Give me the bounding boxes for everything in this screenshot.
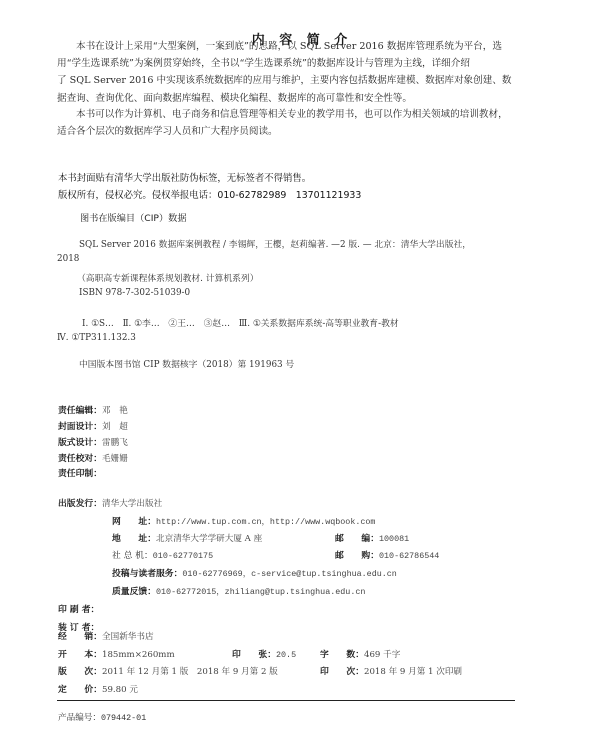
- address-label: 地 址：: [112, 531, 156, 544]
- publisher-row: 出版发行： 清华大学出版社: [58, 496, 162, 509]
- staff-label: 版式设计：: [58, 435, 102, 448]
- staff-row-cover-design: 封面设计： 刘 超: [58, 419, 128, 432]
- edition-row: 版 次： 2011 年 12 月第 1 版 2018 年 9 月第 2 版: [58, 664, 278, 677]
- product-code-label: 产品编号：: [58, 711, 101, 723]
- switchboard-value: 010-62770175: [153, 551, 213, 561]
- mail-order-value: 010-62786544: [379, 551, 439, 561]
- printer-label: 印 刷 者：: [58, 602, 99, 615]
- cip-year-line: 2018: [57, 254, 79, 264]
- staff-value: 雷鹏飞: [102, 436, 128, 448]
- submissions-row: 投稿与读者服务： 010-62776969，c-service@tup.tsin…: [112, 566, 397, 579]
- distributor-row: 经 销： 全国新华书店: [58, 629, 154, 642]
- cip-title-line: SQL Server 2016 数据库案例教程 / 李锡辉，王樱，赵莉编著. —…: [79, 237, 471, 250]
- cip-heading: 图书在版编目（CIP）数据: [80, 210, 187, 224]
- submissions-label: 投稿与读者服务：: [112, 566, 182, 579]
- switchboard-label: 社 总 机：: [112, 548, 153, 561]
- distributor-value: 全国新华书店: [102, 630, 154, 642]
- summary-line: 本书在设计上采用“大型案例，一案到底”的思路，以 SQL Server 2016…: [57, 38, 551, 55]
- sheets-value: 20.5: [276, 650, 296, 660]
- quality-feedback-label: 质量反馈：: [112, 584, 156, 597]
- summary-line: 适合各个层次的数据库学习人员和广大程序员阅读。: [57, 123, 551, 140]
- staff-value: 邓 艳: [102, 404, 128, 416]
- website-label: 网 址：: [112, 514, 156, 527]
- cip-number: 中国版本图书馆 CIP 数据核字（2018）第 191963 号: [79, 357, 294, 370]
- summary-line: 了 SQL Server 2016 中实现该系统数据库的应用与维护，主要内容包括…: [57, 72, 551, 89]
- price-value: 59.80 元: [102, 683, 138, 695]
- anti-counterfeit-notice: 本书封面贴有清华大学出版社防伪标签，无标签者不得销售。: [58, 170, 311, 184]
- summary-line: 本书可以作为计算机、电子商务和信息管理等相关专业的教学用书，也可以作为相关领域的…: [57, 106, 551, 123]
- mail-order-row: 邮 购： 010-62786544: [335, 548, 439, 561]
- words-value: 469 千字: [364, 648, 400, 660]
- impression-label: 印 次：: [320, 664, 364, 677]
- format-value: 185mm×260mm: [102, 650, 175, 660]
- website-row: 网 址： http://www.tup.com.cn，http://www.wq…: [112, 514, 375, 527]
- address-value: 北京清华大学学研大厦 A 座: [156, 532, 262, 544]
- sheets-row: 印 张： 20.5: [232, 647, 296, 660]
- price-label: 定 价：: [58, 682, 102, 695]
- mail-order-label: 邮 购：: [335, 548, 379, 561]
- price-row: 定 价： 59.80 元: [58, 682, 138, 695]
- postcode-label: 邮 编：: [335, 531, 379, 544]
- staff-value: 刘 超: [102, 420, 128, 432]
- product-code-value: 079442-01: [101, 713, 146, 723]
- cip-series: （高职高专新课程体系规划教材. 计算机系列）: [77, 271, 259, 284]
- printer-row: 印 刷 者：: [58, 602, 99, 615]
- staff-row-proofreader: 责任校对： 毛姗姗: [58, 451, 128, 464]
- product-code-row: 产品编号： 079442-01: [58, 711, 146, 723]
- summary-paragraph-2: 本书可以作为计算机、电子商务和信息管理等相关专业的教学用书，也可以作为相关领域的…: [57, 106, 551, 140]
- cip-classification-2: Ⅳ. ①TP311.132.3: [57, 333, 136, 343]
- impression-value: 2018 年 9 月第 1 次印刷: [364, 665, 462, 677]
- summary-line: 据查询、查询优化、面向数据库编程、模块化编程、数据库的高可靠性和安全性等。: [57, 90, 551, 107]
- postcode-row: 邮 编： 100081: [335, 531, 409, 544]
- staff-label: 责任印制：: [58, 466, 102, 479]
- sheets-label: 印 张：: [232, 647, 276, 660]
- cip-isbn: ISBN 978-7-302-51039-0: [79, 288, 190, 298]
- staff-row-layout-design: 版式设计： 雷鹏飞: [58, 435, 128, 448]
- staff-label: 封面设计：: [58, 419, 102, 432]
- summary-line: 用“学生选课系统”为案例贯穿始终，全书以“学生选课系统”的数据库设计与管理为主线…: [57, 55, 551, 72]
- edition-label: 版 次：: [58, 664, 102, 677]
- switchboard-row: 社 总 机： 010-62770175: [112, 548, 213, 561]
- staff-row-editor: 责任编辑： 邓 艳: [58, 403, 128, 416]
- format-label: 开 本：: [58, 647, 102, 660]
- website-value: http://www.tup.com.cn，http://www.wqbook.…: [156, 515, 375, 527]
- summary-paragraph-1: 本书在设计上采用“大型案例，一案到底”的思路，以 SQL Server 2016…: [57, 38, 551, 107]
- quality-feedback-value: 010-62772015，zhiliang@tup.tsinghua.edu.c…: [156, 585, 365, 597]
- words-row: 字 数： 469 千字: [320, 647, 400, 660]
- cip-classification-1: Ⅰ. ①S… Ⅱ. ①李… ②王… ③赵… Ⅲ. ①关系数据库系统-高等职业教育…: [82, 316, 399, 329]
- impression-row: 印 次： 2018 年 9 月第 1 次印刷: [320, 664, 462, 677]
- words-label: 字 数：: [320, 647, 364, 660]
- postcode-value: 100081: [379, 534, 409, 544]
- address-row: 地 址： 北京清华大学学研大厦 A 座: [112, 531, 262, 544]
- staff-value: 毛姗姗: [102, 452, 128, 464]
- staff-row-print-supervisor: 责任印制：: [58, 466, 102, 479]
- distributor-label: 经 销：: [58, 629, 102, 642]
- footer-divider: [57, 700, 515, 701]
- quality-feedback-row: 质量反馈： 010-62772015，zhiliang@tup.tsinghua…: [112, 584, 365, 597]
- format-row: 开 本： 185mm×260mm: [58, 647, 175, 660]
- staff-label: 责任校对：: [58, 451, 102, 464]
- staff-label: 责任编辑：: [58, 403, 102, 416]
- copyright-notice: 版权所有，侵权必究。侵权举报电话：010-62782989 1370112193…: [58, 187, 361, 201]
- edition-value: 2011 年 12 月第 1 版 2018 年 9 月第 2 版: [102, 665, 278, 677]
- submissions-value: 010-62776969，c-service@tup.tsinghua.edu.…: [182, 567, 396, 579]
- publisher-name: 清华大学出版社: [102, 497, 162, 509]
- publisher-label: 出版发行：: [58, 496, 102, 509]
